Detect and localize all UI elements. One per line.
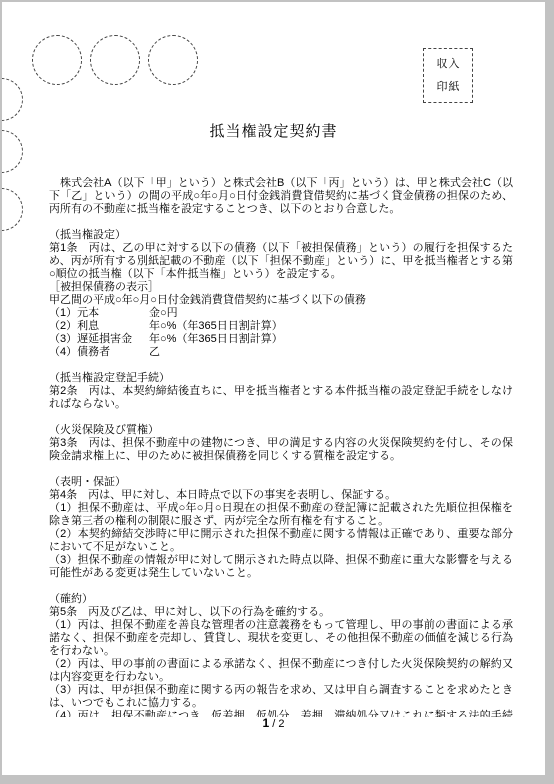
edge-seal-placeholder-circle-1 xyxy=(2,78,23,121)
debt-item-value: 金○円 xyxy=(149,307,513,320)
debt-item-label: （1）元本 xyxy=(49,307,149,320)
total-pages: 2 xyxy=(278,718,284,730)
blank-line xyxy=(49,411,513,424)
debt-item-interest: （2）利息 年○%（年365日日割計算） xyxy=(49,320,513,333)
revenue-stamp-box: 収入 印紙 xyxy=(423,48,473,103)
section-representations-warranties: （表明・保証） 第4条 丙は、甲に対し、本日時点で以下の事実を表明し、保証する。… xyxy=(49,476,513,580)
article-1-paragraph: 第1条 丙は、乙の甲に対する以下の債務（以下「被担保債務」という）の履行を担保す… xyxy=(49,242,513,281)
article-5-item-1: （1）丙は、担保不動産を善良な管理者の注意義務をもって管理し、甲の事前の書面によ… xyxy=(49,619,513,658)
article-5-item-4: （4）丙は、担保不動産につき、仮差押、仮処分、差押、滞納処分又はこれに類する法的… xyxy=(49,710,513,717)
article-4-item-2: （2）本契約締結交渉時に甲に開示された担保不動産に関する情報は正確であり、重要な… xyxy=(49,528,513,554)
section-heading: （火災保険及び質権） xyxy=(49,424,513,437)
article-5-item-2: （2）丙は、甲の事前の書面による承諾なく、担保不動産につき付した火災保険契約の解… xyxy=(49,658,513,684)
debt-item-principal: （1）元本 金○円 xyxy=(49,307,513,320)
debt-item-value: 年○%（年365日日割計算） xyxy=(149,333,513,346)
debt-item-late-damages: （3）遅延損害金 年○%（年365日日割計算） xyxy=(49,333,513,346)
document-title: 抵当権設定契約書 xyxy=(2,123,545,141)
seal-placeholder-circle-3 xyxy=(148,35,198,85)
seal-placeholder-circle-1 xyxy=(32,35,82,85)
current-page: 1 xyxy=(263,716,270,730)
debt-item-value: 年○%（年365日日割計算） xyxy=(149,320,513,333)
article-3-paragraph: 第3条 丙は、担保不動産中の建物につき、甲の満足する内容の火災保険契約を付し、そ… xyxy=(49,437,513,463)
blank-line xyxy=(49,359,513,372)
seal-placeholder-circle-2 xyxy=(90,35,140,85)
secured-debt-label: ［被担保債務の表示］ xyxy=(49,281,513,294)
section-heading: （抵当権設定登記手続） xyxy=(49,372,513,385)
article-4-item-3: （3）担保不動産の情報が甲に対して開示された時点以降、担保不動産に重大な影響を与… xyxy=(49,554,513,580)
document-body: 株式会社A（以下「甲」という）と株式会社B（以下「丙」という）は、甲と株式会社C… xyxy=(49,177,513,717)
blank-line xyxy=(49,580,513,593)
section-covenants: （確約） 第5条 丙及び乙は、甲に対し、以下の行為を確約する。 （1）丙は、担保… xyxy=(49,593,513,717)
section-heading: （抵当権設定） xyxy=(49,229,513,242)
revenue-stamp-line1: 収入 xyxy=(436,59,461,70)
debt-item-label: （2）利息 xyxy=(49,320,149,333)
article-5-item-3: （3）丙は、甲が担保不動産に関する丙の報告を求め、又は甲自ら調査することを求めた… xyxy=(49,684,513,710)
page-separator: / xyxy=(272,718,275,730)
debt-item-value: 乙 xyxy=(149,346,513,359)
section-heading: （表明・保証） xyxy=(49,476,513,489)
article-2-paragraph: 第2条 丙は、本契約締結後直ちに、甲を抵当権者とする本件抵当権の設定登記手続をし… xyxy=(49,385,513,411)
revenue-stamp-line2: 印紙 xyxy=(436,82,461,93)
debt-item-label: （4）債務者 xyxy=(49,346,149,359)
blank-line xyxy=(49,463,513,476)
secured-debt-lead: 甲乙間の平成○年○月○日付金銭消費貸借契約に基づく以下の債務 xyxy=(49,294,513,307)
blank-line xyxy=(49,216,513,229)
intro-paragraph: 株式会社A（以下「甲」という）と株式会社B（以下「丙」という）は、甲と株式会社C… xyxy=(49,177,513,216)
section-registration-procedure: （抵当権設定登記手続） 第2条 丙は、本契約締結後直ちに、甲を抵当権者とする本件… xyxy=(49,372,513,411)
article-5-paragraph: 第5条 丙及び乙は、甲に対し、以下の行為を確約する。 xyxy=(49,606,513,619)
article-4-item-1: （1）担保不動産は、平成○年○月○日現在の担保不動産の登記簿に記載された先順位担… xyxy=(49,502,513,528)
page-number: 1 / 2 xyxy=(2,717,545,731)
article-4-paragraph: 第4条 丙は、甲に対し、本日時点で以下の事実を表明し、保証する。 xyxy=(49,489,513,502)
section-mortgage-creation: （抵当権設定） 第1条 丙は、乙の甲に対する以下の債務（以下「被担保債務」という… xyxy=(49,229,513,359)
debt-item-debtor: （4）債務者 乙 xyxy=(49,346,513,359)
debt-item-label: （3）遅延損害金 xyxy=(49,333,149,346)
section-fire-insurance: （火災保険及び質権） 第3条 丙は、担保不動産中の建物につき、甲の満足する内容の… xyxy=(49,424,513,463)
section-heading: （確約） xyxy=(49,593,513,606)
edge-seal-placeholder-circle-3 xyxy=(2,188,23,231)
document-page: 収入 印紙 抵当権設定契約書 株式会社A（以下「甲」という）と株式会社B（以下「… xyxy=(2,2,545,775)
